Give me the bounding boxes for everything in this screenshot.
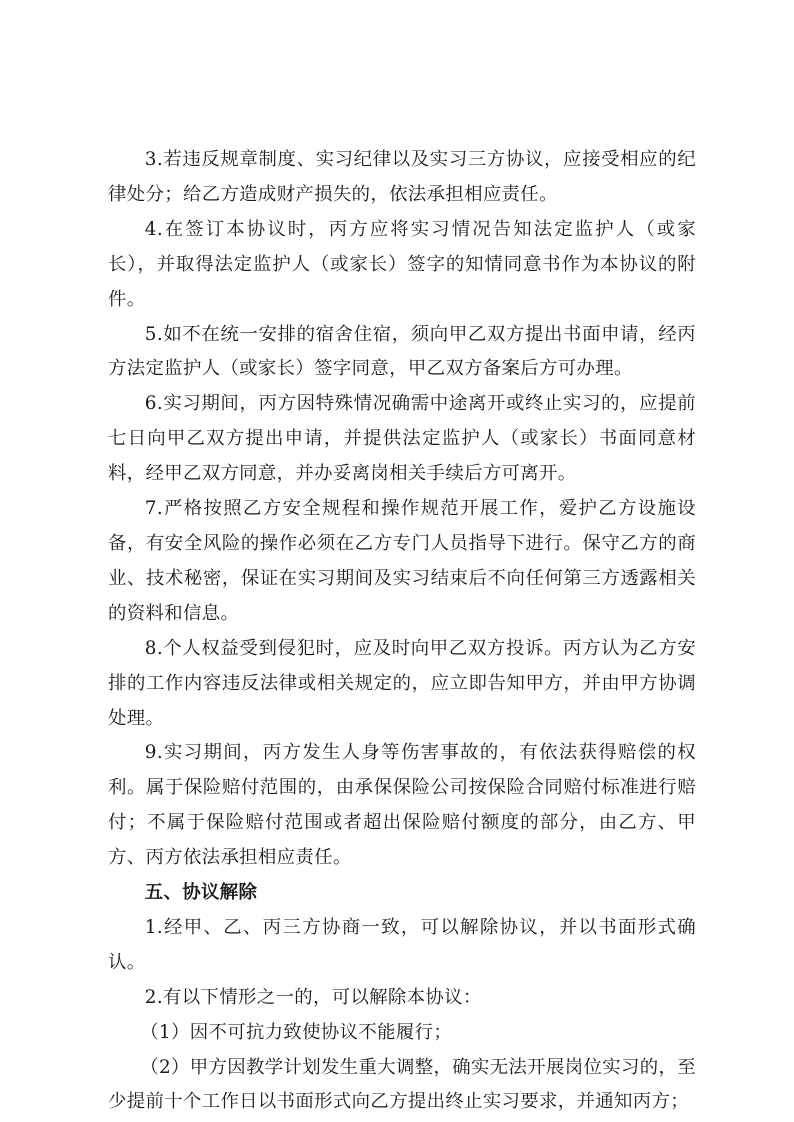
clause-4: 4.在签订本协议时，丙方应将实习情况告知法定监护人（或家长），并取得法定监护人（… <box>108 213 696 318</box>
clause-7: 7.严格按照乙方安全规程和操作规范开展工作，爱护乙方设施设备，有安全风险的操作必… <box>108 492 696 632</box>
termination-clause-2: 2.有以下情形之一的，可以解除本协议： <box>108 981 696 1016</box>
termination-item-2: （2）甲方因教学计划发生重大调整，确实无法开展岗位实习的，至少提前十个工作日以书… <box>108 1051 696 1121</box>
clause-9: 9.实习期间，丙方发生人身等伤害事故的，有依法获得赔偿的权利。属于保险赔付范围的… <box>108 736 696 876</box>
document-page: 3.若违反规章制度、实习纪律以及实习三方协议，应接受相应的纪律处分；给乙方造成财… <box>108 143 696 1120</box>
clause-3: 3.若违反规章制度、实习纪律以及实习三方协议，应接受相应的纪律处分；给乙方造成财… <box>108 143 696 213</box>
termination-clause-1: 1.经甲、乙、丙三方协商一致，可以解除协议，并以书面形式确认。 <box>108 911 696 981</box>
clause-5: 5.如不在统一安排的宿舍住宿，须向甲乙双方提出书面申请，经丙方法定监护人（或家长… <box>108 318 696 388</box>
termination-item-1: （1）因不可抗力致使协议不能履行； <box>108 1016 696 1051</box>
section-heading-termination: 五、协议解除 <box>108 876 696 911</box>
clause-6: 6.实习期间，丙方因特殊情况确需中途离开或终止实习的，应提前七日向甲乙双方提出申… <box>108 387 696 492</box>
clause-8: 8.个人权益受到侵犯时，应及时向甲乙双方投诉。丙方认为乙方安排的工作内容违反法律… <box>108 632 696 737</box>
